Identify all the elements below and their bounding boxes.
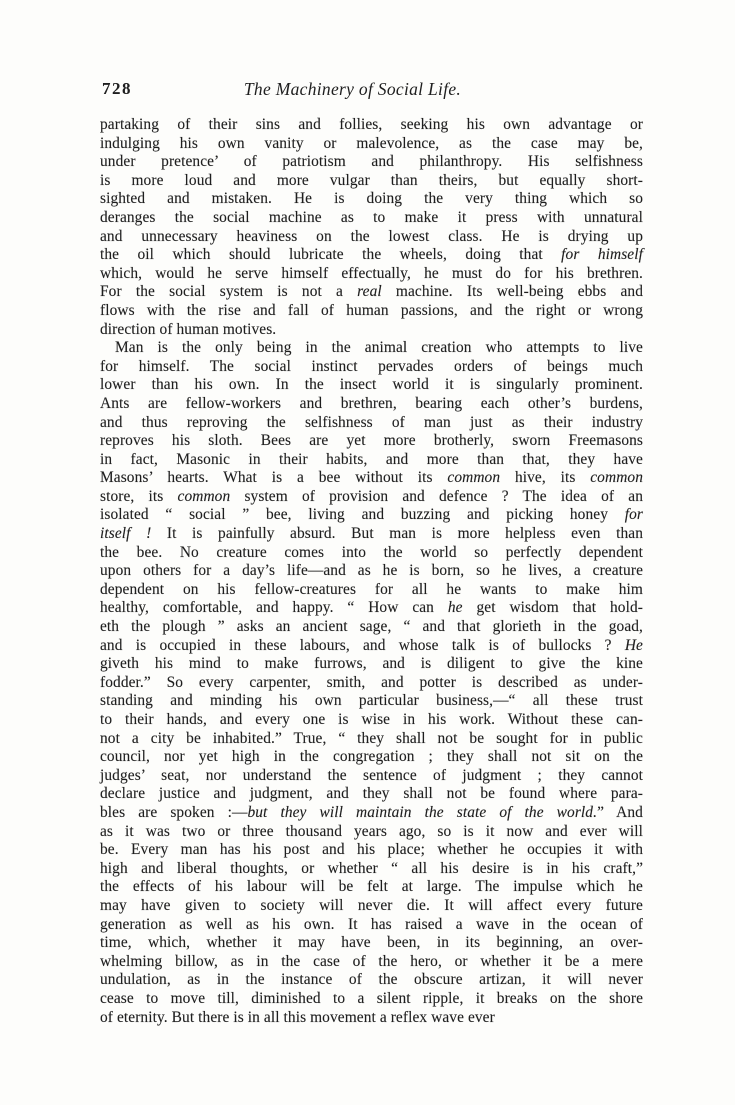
- text-run: reproves his sloth. Bees are yet more br…: [100, 432, 643, 449]
- text-run: council, nor yet high in the congregatio…: [100, 748, 643, 765]
- text-line: judges’ seat, nor understand the sentenc…: [100, 767, 643, 786]
- text-run: of eternity. But there is in all this mo…: [100, 1009, 495, 1026]
- text-line: and unnecessary heaviness on the lowest …: [100, 228, 643, 247]
- text-run: whelming billow, as in the case of the h…: [100, 953, 643, 970]
- running-header: 728 The Machinery of Social Life.: [100, 79, 643, 101]
- text-line: indulging his own vanity or malevolence,…: [100, 135, 643, 154]
- text-run: lower than his own. In the insect world …: [100, 376, 643, 393]
- text-line: partaking of their sins and follies, see…: [100, 116, 643, 135]
- paragraph: Man is the only being in the animal crea…: [100, 339, 643, 1027]
- text-run: declare justice and judgment, and they s…: [100, 785, 643, 802]
- text-line: For the social system is not a real mach…: [100, 283, 643, 302]
- italic-text-run: common: [590, 469, 643, 486]
- text-run: deranges the social machine as to make i…: [100, 209, 643, 226]
- text-run: may have given to society will never die…: [100, 897, 643, 914]
- text-run: standing and minding his own particular …: [100, 692, 643, 709]
- text-run: generation as well as his own. It has ra…: [100, 916, 643, 933]
- text-run: indulging his own vanity or malevolence,…: [100, 135, 643, 152]
- text-run: for himself. The social instinct pervade…: [100, 358, 643, 375]
- text-run: as it was two or three thousand years ag…: [100, 823, 643, 840]
- text-run: and unnecessary heaviness on the lowest …: [100, 228, 643, 245]
- text-run: store, its: [100, 488, 178, 505]
- italic-text-run: but they will maintain the state of the …: [247, 804, 597, 821]
- text-line: under pretence’ of patriotism and philan…: [100, 153, 643, 172]
- text-line: bles are spoken :—but they will maintain…: [100, 804, 643, 823]
- text-run: and thus reproving the selfishness of ma…: [100, 414, 643, 431]
- text-run: hive, its: [500, 469, 590, 486]
- text-run: partaking of their sins and follies, see…: [100, 116, 643, 133]
- text-line: whelming billow, as in the case of the h…: [100, 953, 643, 972]
- italic-text-run: itself !: [100, 525, 151, 542]
- text-line: in fact, Masonic in their habits, and mo…: [100, 451, 643, 470]
- text-line: cease to move till, diminished to a sile…: [100, 990, 643, 1009]
- text-run: sighted and mistaken. He is doing the ve…: [100, 190, 643, 207]
- text-line: upon others for a day’s life—and as he i…: [100, 562, 643, 581]
- text-line: direction of human motives.: [100, 321, 643, 340]
- text-run: upon others for a day’s life—and as he i…: [100, 562, 643, 579]
- text-run: is more loud and more vulgar than theirs…: [100, 172, 643, 189]
- text-run: get wisdom that hold-: [463, 599, 643, 616]
- text-run: Ants are fellow-workers and brethren, be…: [100, 395, 643, 412]
- text-run: eth the plough ” asks an ancient sage, “…: [100, 618, 643, 635]
- text-line: time, which, whether it may have been, i…: [100, 934, 643, 953]
- text-line: dependent on his fellow-creatures for al…: [100, 581, 643, 600]
- text-line: healthy, comfortable, and happy. “ How c…: [100, 599, 643, 618]
- italic-text-run: he: [448, 599, 463, 616]
- text-run: high and liberal thoughts, or whether “ …: [100, 860, 643, 877]
- paragraph: partaking of their sins and follies, see…: [100, 116, 643, 339]
- italic-text-run: real: [357, 283, 382, 300]
- text-run: judges’ seat, nor understand the sentenc…: [100, 767, 643, 784]
- text-run: time, which, whether it may have been, i…: [100, 934, 643, 951]
- text-line: undulation, as in the instance of the ob…: [100, 971, 643, 990]
- text-run: the oil which should lubricate the wheel…: [100, 246, 561, 263]
- text-line: generation as well as his own. It has ra…: [100, 916, 643, 935]
- text-line: eth the plough ” asks an ancient sage, “…: [100, 618, 643, 637]
- text-line: of eternity. But there is in all this mo…: [100, 1009, 643, 1028]
- italic-text-run: for himself: [561, 246, 643, 263]
- text-line: the oil which should lubricate the wheel…: [100, 246, 643, 265]
- text-run: fodder.” So every carpenter, smith, and …: [100, 674, 643, 691]
- text-line: deranges the social machine as to make i…: [100, 209, 643, 228]
- text-run: machine. Its well-being ebbs and: [382, 283, 643, 300]
- text-line: Masons’ hearts. What is a bee without it…: [100, 469, 643, 488]
- text-line: reproves his sloth. Bees are yet more br…: [100, 432, 643, 451]
- book-page-scan: 728 The Machinery of Social Life. partak…: [0, 0, 735, 1105]
- italic-text-run: common: [447, 469, 500, 486]
- italic-text-run: He: [625, 637, 643, 654]
- italic-text-run: common: [178, 488, 231, 505]
- text-line: Man is the only being in the animal crea…: [100, 339, 643, 358]
- text-line: the bee. No creature comes into the worl…: [100, 544, 643, 563]
- text-line: Ants are fellow-workers and brethren, be…: [100, 395, 643, 414]
- text-line: isolated “ social ” bee, living and buzz…: [100, 506, 643, 525]
- text-line: as it was two or three thousand years ag…: [100, 823, 643, 842]
- text-run: For the social system is not a: [100, 283, 357, 300]
- text-run: Man is the only being in the animal crea…: [115, 339, 643, 356]
- text-line: lower than his own. In the insect world …: [100, 376, 643, 395]
- text-line: the effects of his labour will be felt a…: [100, 878, 643, 897]
- text-run: in fact, Masonic in their habits, and mo…: [100, 451, 643, 468]
- text-run: the bee. No creature comes into the worl…: [100, 544, 643, 561]
- text-run: and is occupied in these labours, and wh…: [100, 637, 625, 654]
- body-paragraphs: partaking of their sins and follies, see…: [100, 116, 643, 1027]
- text-run: under pretence’ of patriotism and philan…: [100, 153, 643, 170]
- text-run: system of provision and defence ? The id…: [230, 488, 643, 505]
- text-line: sighted and mistaken. He is doing the ve…: [100, 190, 643, 209]
- text-run: undulation, as in the instance of the ob…: [100, 971, 643, 988]
- italic-text-run: for: [625, 506, 643, 523]
- text-run: not a city be inhabited.” True, “ they s…: [100, 730, 643, 747]
- text-run: which, would he serve himself effectuall…: [100, 265, 643, 282]
- text-run: cease to move till, diminished to a sile…: [100, 990, 643, 1007]
- text-line: for himself. The social instinct pervade…: [100, 358, 643, 377]
- text-run: to their hands, and every one is wise in…: [100, 711, 643, 728]
- text-run: giveth his mind to make furrows, and is …: [100, 655, 643, 672]
- text-run: flows with the rise and fall of human pa…: [100, 302, 643, 319]
- text-line: and thus reproving the selfishness of ma…: [100, 414, 643, 433]
- text-line: store, its common system of provision an…: [100, 488, 643, 507]
- text-line: is more loud and more vulgar than theirs…: [100, 172, 643, 191]
- text-run: healthy, comfortable, and happy. “ How c…: [100, 599, 448, 616]
- text-run: isolated “ social ” bee, living and buzz…: [100, 506, 625, 523]
- text-line: council, nor yet high in the congregatio…: [100, 748, 643, 767]
- text-run: It is painfully absurd. But man is more …: [151, 525, 643, 542]
- text-line: declare justice and judgment, and they s…: [100, 785, 643, 804]
- text-run: Masons’ hearts. What is a bee without it…: [100, 469, 447, 486]
- text-run: direction of human motives.: [100, 321, 276, 338]
- text-line: and is occupied in these labours, and wh…: [100, 637, 643, 656]
- text-line: may have given to society will never die…: [100, 897, 643, 916]
- text-run: bles are spoken :—: [100, 804, 247, 821]
- text-line: not a city be inhabited.” True, “ they s…: [100, 730, 643, 749]
- text-run: ” And: [597, 804, 643, 821]
- text-line: to their hands, and every one is wise in…: [100, 711, 643, 730]
- text-line: itself ! It is painfully absurd. But man…: [100, 525, 643, 544]
- text-line: fodder.” So every carpenter, smith, and …: [100, 674, 643, 693]
- text-run: the effects of his labour will be felt a…: [100, 878, 643, 895]
- text-line: giveth his mind to make furrows, and is …: [100, 655, 643, 674]
- page-title: The Machinery of Social Life.: [81, 79, 624, 100]
- text-line: be. Every man has his post and his place…: [100, 841, 643, 860]
- text-run: be. Every man has his post and his place…: [100, 841, 643, 858]
- text-line: high and liberal thoughts, or whether “ …: [100, 860, 643, 879]
- text-line: flows with the rise and fall of human pa…: [100, 302, 643, 321]
- text-line: standing and minding his own particular …: [100, 692, 643, 711]
- text-run: dependent on his fellow-creatures for al…: [100, 581, 643, 598]
- text-line: which, would he serve himself effectuall…: [100, 265, 643, 284]
